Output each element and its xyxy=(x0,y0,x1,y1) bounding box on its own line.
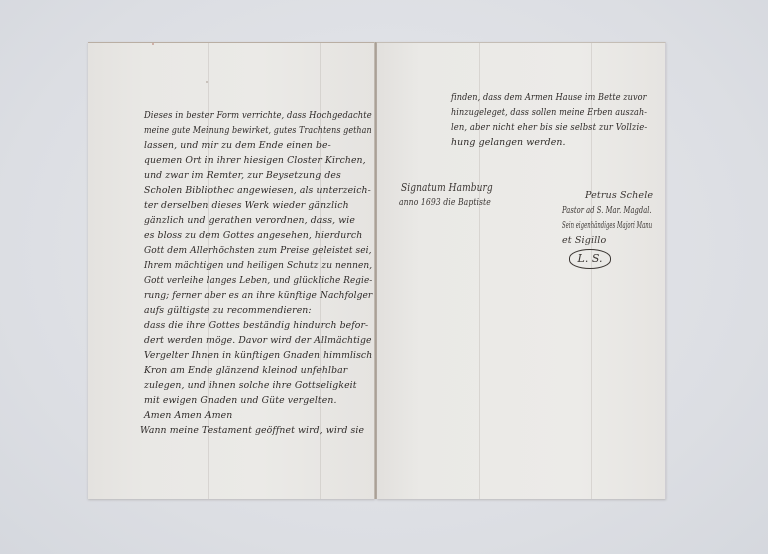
manuscript-line: Dieses in bester Form verrichte, dass Ho… xyxy=(144,110,350,121)
manuscript-line: finden, dass dem Armen Hause im Bette zu… xyxy=(451,92,647,103)
left-page: Dieses in bester Form verrichte, dass Ho… xyxy=(88,42,375,499)
manuscript-line: es bloss zu dem Gottes angesehen, hierdu… xyxy=(144,230,372,241)
manuscript-line: len, aber nicht eher bis sie selbst zur … xyxy=(451,122,647,133)
manuscript-line: Ihrem mächtigen und heiligen Schutz zu n… xyxy=(144,260,363,271)
manuscript-line: gänzlich und gerathen verordnen, dass, w… xyxy=(144,215,372,226)
paper-stain xyxy=(152,43,154,45)
signatum-place: Signatum Hamburg xyxy=(401,181,493,194)
paper-speck xyxy=(206,81,208,83)
manuscript-line: Vergelter Ihnen in künftigen Gnaden himm… xyxy=(144,350,371,361)
manuscript-line: meine gute Meinung bewirket, gutes Trach… xyxy=(144,125,340,136)
closing-line: Wann meine Testament geöffnet wird, wird… xyxy=(140,425,368,436)
manuscript-line: ter derselben dieses Werk wieder gänzlic… xyxy=(144,200,372,211)
manuscript-line: Scholen Bibliothec angewiesen, als unter… xyxy=(144,185,372,196)
signature-attestation: Sein eigenhändiges Majori Manu xyxy=(562,220,652,231)
manuscript-line: aufs gültigste zu recommendieren: xyxy=(144,305,372,316)
manuscript-line: dass die ihre Gottes beständig hindurch … xyxy=(144,320,372,331)
manuscript-line: rung; ferner aber es an ihre künftige Na… xyxy=(144,290,366,301)
signature-title: Pastor ad S. Mar. Magdal. xyxy=(562,205,652,216)
signatum-date: anno 1693 die Baptiste xyxy=(399,197,491,208)
manuscript-line: zulegen, und ihnen solche ihre Gottselig… xyxy=(144,380,372,391)
manuscript-line: und zwar im Remter, zur Beysetzung des xyxy=(144,170,372,181)
manuscript-line: lassen, und mir zu dem Ende einen be- xyxy=(144,140,372,151)
manuscript-line: Kron am Ende glänzend kleinod unfehlbar xyxy=(144,365,372,376)
manuscript-line: quemen Ort in ihrer hiesigen Closter Kir… xyxy=(144,155,372,166)
right-page: finden, dass dem Armen Hause im Bette zu… xyxy=(377,42,666,499)
signature-name: Petrus Schele xyxy=(585,190,653,201)
manuscript-line: hinzugeleget, dass sollen meine Erben au… xyxy=(451,107,647,118)
manuscript-line: Gott verleihe langes Leben, und glücklic… xyxy=(144,275,361,286)
manuscript-line: Amen Amen Amen xyxy=(144,410,372,421)
open-manuscript: Dieses in bester Form verrichte, dass Ho… xyxy=(88,42,665,498)
manuscript-line: hung gelangen werden. xyxy=(451,137,566,148)
manuscript-line: mit ewigen Gnaden und Güte vergelten. xyxy=(144,395,372,406)
seal-mark: L. S. xyxy=(569,249,611,269)
signature-sigillo: et Sigillo xyxy=(562,235,606,246)
manuscript-line: dert werden möge. Davor wird der Allmäch… xyxy=(144,335,372,346)
manuscript-line: Gott dem Allerhöchsten zum Preise geleis… xyxy=(144,245,365,256)
